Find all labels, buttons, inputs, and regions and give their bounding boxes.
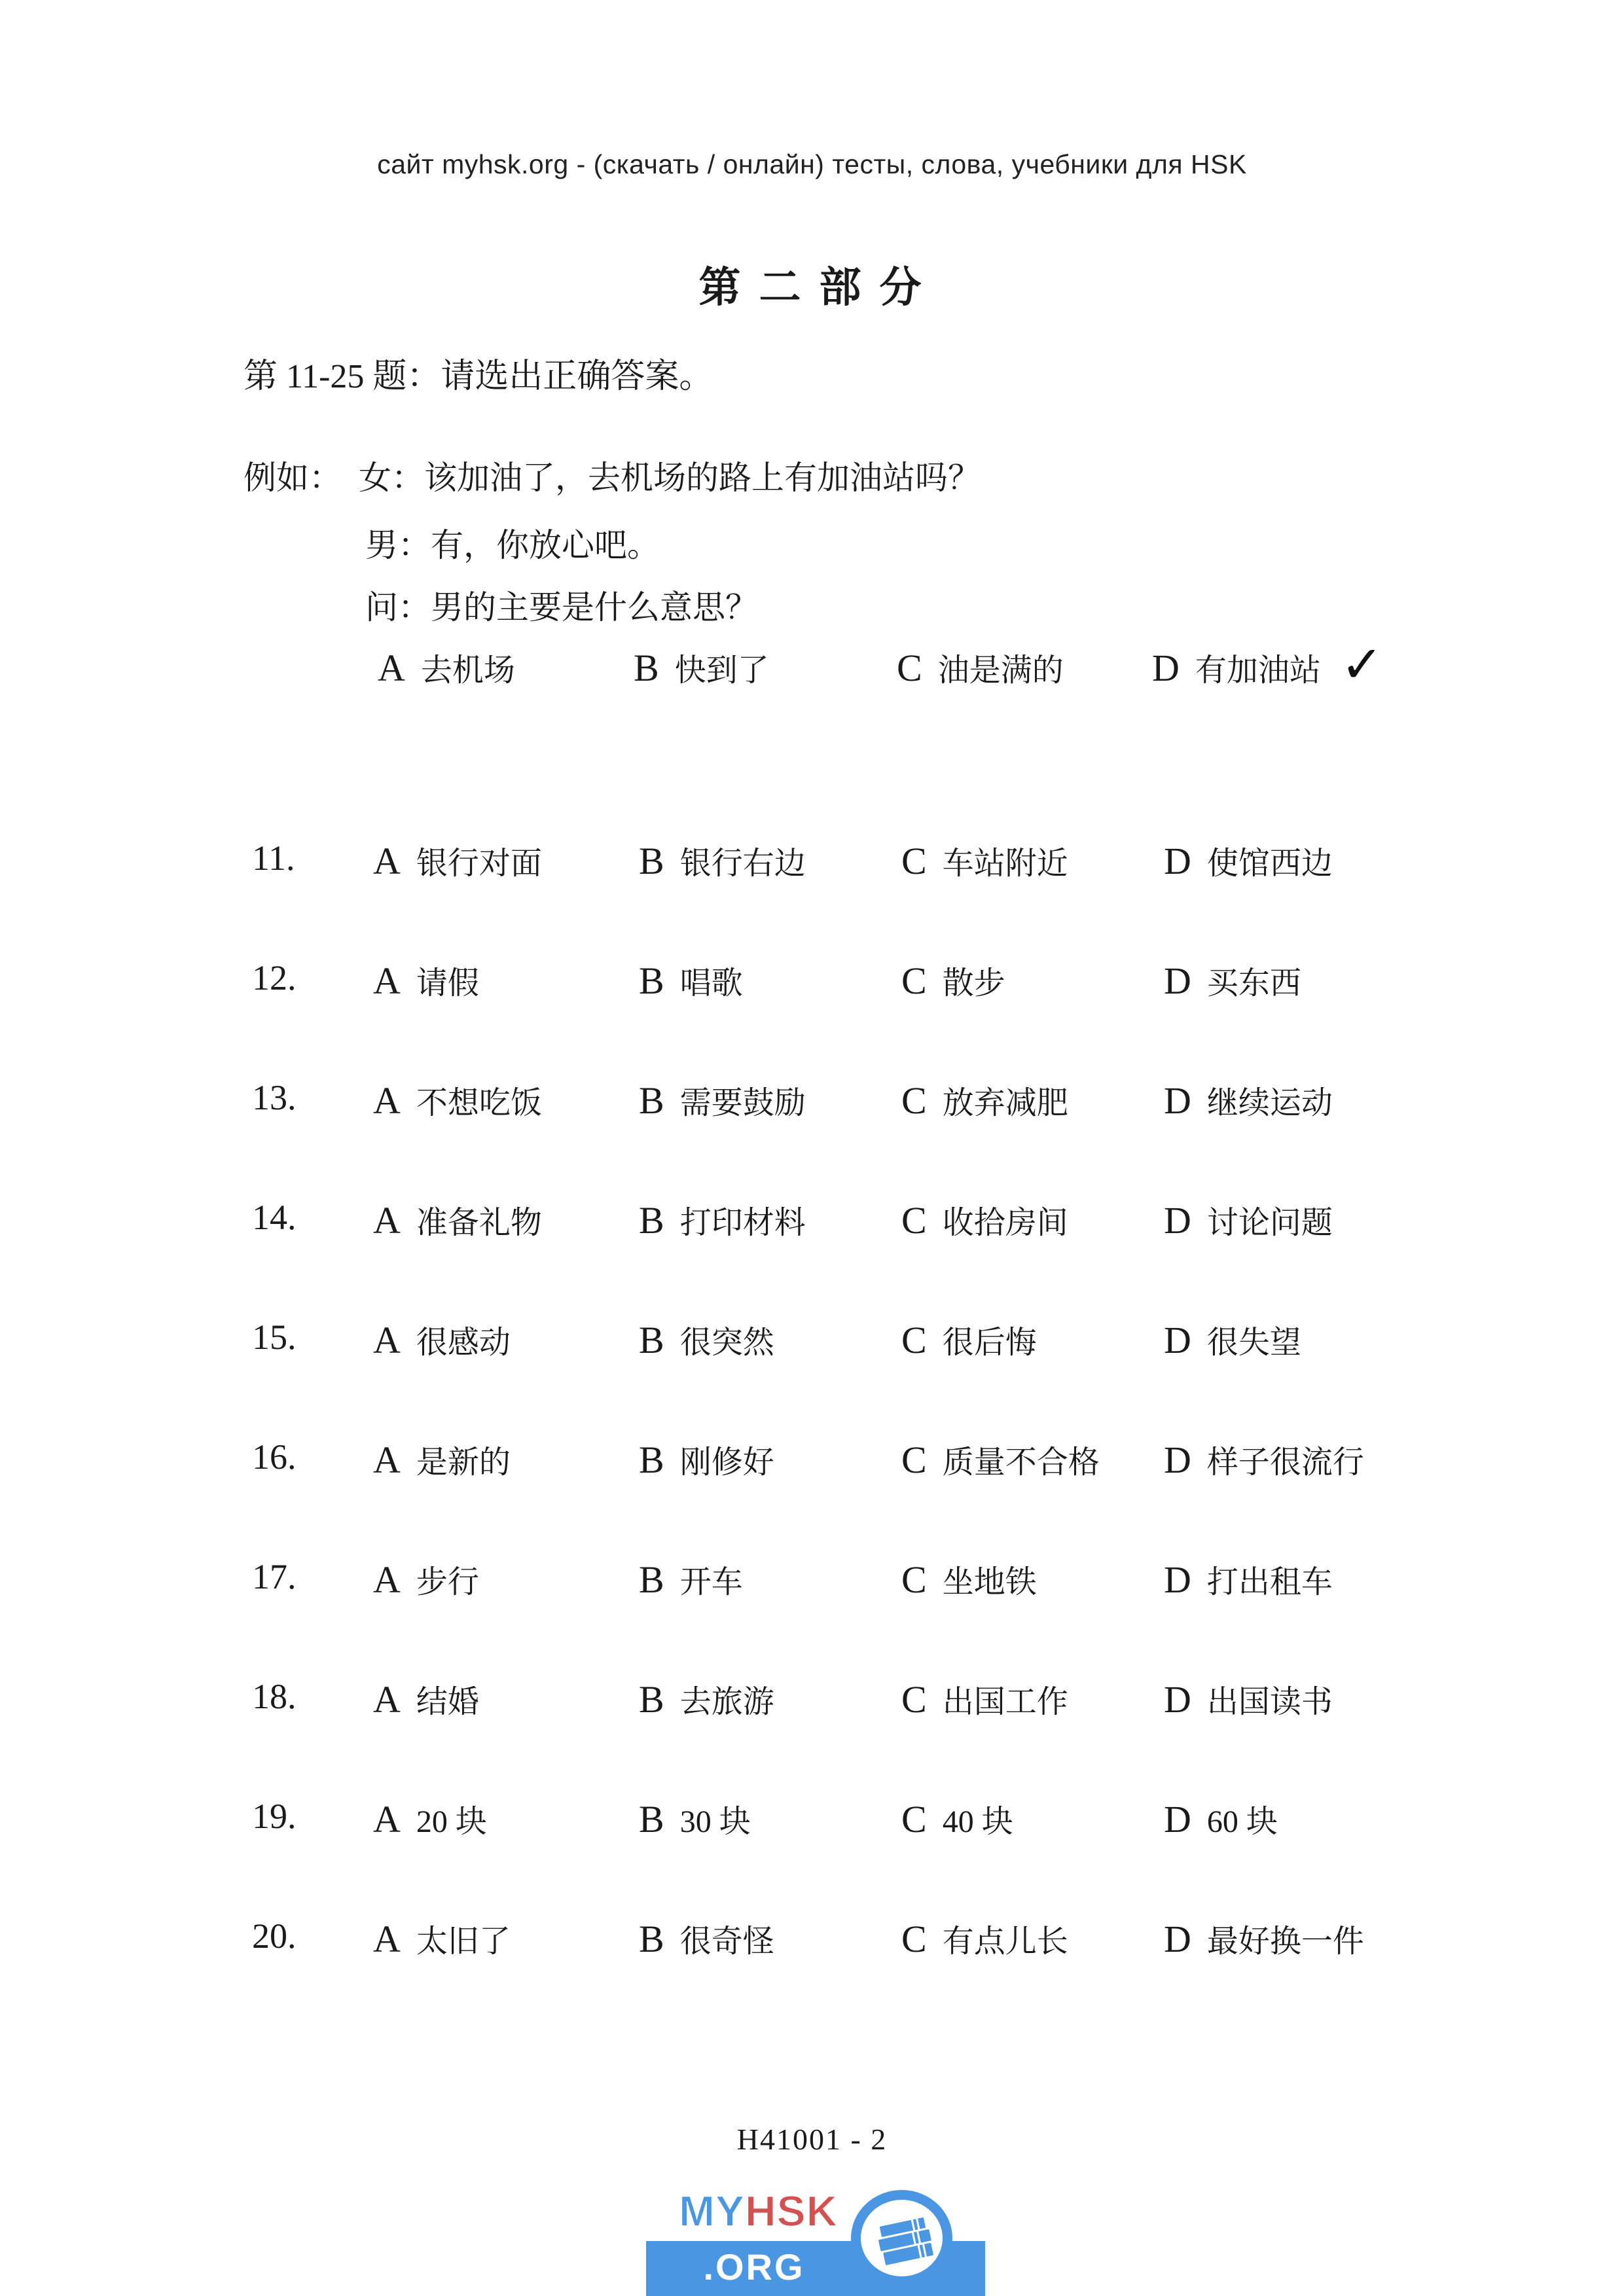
option-text: 步行 xyxy=(416,1565,479,1600)
option-c: C有点儿长 xyxy=(901,1916,1068,1961)
option-text: 质量不合格 xyxy=(943,1445,1100,1480)
option-b: B需要鼓励 xyxy=(639,1077,806,1122)
option-text: 很突然 xyxy=(680,1325,774,1360)
option-text: 去旅游 xyxy=(680,1685,774,1719)
example-option-b: B快到了 xyxy=(634,645,769,690)
option-d: D继续运动 xyxy=(1164,1077,1333,1122)
option-letter: B xyxy=(639,1439,664,1481)
option-letter: A xyxy=(373,840,401,882)
books-icon xyxy=(851,2190,952,2286)
option-letter: B xyxy=(639,1798,664,1840)
question-row: 12.A请假B唱歌C散步D买东西 xyxy=(0,958,1624,1010)
example-option-c: C油是满的 xyxy=(897,645,1064,690)
option-letter: A xyxy=(373,1798,401,1840)
question-row: 20.A太旧了B很奇怪C有点儿长D最好换一件 xyxy=(0,1916,1624,1968)
option-a: A很感动 xyxy=(373,1317,511,1362)
option-b: B很奇怪 xyxy=(639,1916,774,1961)
option-text: 不想吃饭 xyxy=(416,1086,542,1121)
option-b: B打印材料 xyxy=(639,1197,806,1242)
option-c: C散步 xyxy=(901,958,1005,1003)
option-text: 需要鼓励 xyxy=(680,1086,806,1121)
question-row: 13.A不想吃饭B需要鼓励C放弃减肥D继续运动 xyxy=(0,1077,1624,1130)
option-letter: D xyxy=(1164,1918,1191,1960)
option-text: 很感动 xyxy=(416,1325,511,1360)
option-letter: D xyxy=(1164,1439,1191,1481)
option-d: D买东西 xyxy=(1164,958,1301,1003)
option-c: C坐地铁 xyxy=(901,1556,1037,1602)
option-c: C收拾房间 xyxy=(901,1197,1068,1242)
option-letter: D xyxy=(1164,1199,1191,1242)
option-text: 样子很流行 xyxy=(1207,1445,1364,1480)
option-d: D使馆西边 xyxy=(1164,838,1333,883)
option-b: B唱歌 xyxy=(639,958,743,1003)
option-c: C出国工作 xyxy=(901,1676,1068,1721)
option-text: 讨论问题 xyxy=(1207,1206,1333,1240)
option-letter: B xyxy=(639,1558,664,1601)
option-c: C车站附近 xyxy=(901,838,1068,883)
question-row: 19.A20 块B30 块C40 块D60 块 xyxy=(0,1796,1624,1848)
example-options-row: A去机场 B快到了 C油是满的 D有加油站 ✓ xyxy=(0,645,1624,697)
option-letter: B xyxy=(639,1918,664,1960)
option-letter: C xyxy=(901,960,927,1002)
option-letter: D xyxy=(1164,1079,1191,1122)
question-number: 11. xyxy=(252,838,295,878)
option-letter: D xyxy=(1164,960,1191,1002)
option-a: A是新的 xyxy=(373,1437,511,1482)
option-letter: B xyxy=(639,1678,664,1721)
option-text: 刚修好 xyxy=(680,1445,774,1480)
option-letter: A xyxy=(373,1079,401,1122)
option-text: 散步 xyxy=(943,966,1005,1001)
option-letter: A xyxy=(373,1199,401,1242)
option-letter: C xyxy=(901,1678,927,1721)
option-text: 使馆西边 xyxy=(1207,846,1333,881)
option-d: D出国读书 xyxy=(1164,1676,1333,1721)
option-text: 很失望 xyxy=(1207,1325,1301,1360)
question-row: 15.A很感动B很突然C很后悔D很失望 xyxy=(0,1317,1624,1369)
option-text: 打印材料 xyxy=(680,1206,806,1240)
option-c: C质量不合格 xyxy=(901,1437,1100,1482)
option-text: 准备礼物 xyxy=(416,1206,542,1240)
option-letter: C xyxy=(897,647,922,689)
option-d: D60 块 xyxy=(1164,1796,1278,1841)
option-letter: D xyxy=(1164,1678,1191,1721)
option-a: A20 块 xyxy=(373,1796,487,1841)
option-text: 出国工作 xyxy=(943,1685,1068,1719)
test-page: сайт myhsk.org - (скачать / онлайн) тест… xyxy=(0,0,1624,2296)
option-letter: A xyxy=(373,1678,401,1721)
question-number: 12. xyxy=(252,958,297,998)
option-letter: D xyxy=(1164,1558,1191,1601)
option-text: 很后悔 xyxy=(943,1325,1037,1360)
option-text: 去机场 xyxy=(421,653,515,688)
option-a: A结婚 xyxy=(373,1676,479,1721)
option-text: 结婚 xyxy=(416,1685,479,1719)
option-letter: A xyxy=(373,1918,401,1960)
dialog-text: 男的主要是什么意思？ xyxy=(431,589,758,626)
example-dialog-line: 问：男的主要是什么意思？ xyxy=(365,581,758,628)
option-text: 银行对面 xyxy=(416,846,542,881)
option-text: 30 块 xyxy=(680,1804,751,1839)
example-option-a: A去机场 xyxy=(378,645,515,690)
logo-wordmark: MYHSK xyxy=(679,2186,838,2236)
option-text: 车站附近 xyxy=(943,846,1068,881)
option-text: 20 块 xyxy=(416,1804,487,1839)
option-text: 出国读书 xyxy=(1207,1685,1333,1719)
option-d: D最好换一件 xyxy=(1164,1916,1364,1961)
option-letter: D xyxy=(1164,1319,1191,1361)
option-b: B去旅游 xyxy=(639,1676,774,1721)
option-letter: B xyxy=(634,647,659,689)
option-letter: C xyxy=(901,1798,927,1840)
option-b: B很突然 xyxy=(639,1317,774,1362)
option-letter: B xyxy=(639,960,664,1002)
dialog-speaker: 男： xyxy=(365,527,431,564)
option-letter: C xyxy=(901,840,927,882)
dialog-speaker: 女： xyxy=(359,459,424,496)
example-label: 例如： xyxy=(244,459,342,496)
site-header-text: сайт myhsk.org - (скачать / онлайн) тест… xyxy=(0,149,1624,180)
example-option-d: D有加油站 xyxy=(1152,645,1321,690)
option-text: 开车 xyxy=(680,1565,743,1600)
question-number: 19. xyxy=(252,1796,297,1837)
question-number: 20. xyxy=(252,1916,297,1956)
option-letter: A xyxy=(373,1319,401,1361)
example-dialog-line: 例如：女：该加油了，去机场的路上有加油站吗？ xyxy=(244,452,981,499)
option-text: 太旧了 xyxy=(416,1924,511,1959)
question-row: 17.A步行B开车C坐地铁D打出租车 xyxy=(0,1556,1624,1609)
option-a: A太旧了 xyxy=(373,1916,511,1961)
question-number: 14. xyxy=(252,1197,297,1238)
option-text: 唱歌 xyxy=(680,966,743,1001)
logo-my-text: MY xyxy=(679,2187,745,2235)
option-text: 收拾房间 xyxy=(943,1206,1068,1240)
option-letter: C xyxy=(901,1079,927,1122)
option-c: C放弃减肥 xyxy=(901,1077,1068,1122)
correct-answer-checkmark-icon: ✓ xyxy=(1341,636,1383,694)
option-text: 快到了 xyxy=(675,653,769,688)
option-letter: C xyxy=(901,1439,927,1481)
option-d: D打出租车 xyxy=(1164,1556,1333,1602)
part-title: 第 二 部 分 xyxy=(0,254,1624,314)
option-text: 买东西 xyxy=(1207,966,1301,1001)
question-row: 11.A银行对面B银行右边C车站附近D使馆西边 xyxy=(0,838,1624,890)
option-letter: D xyxy=(1164,1798,1191,1840)
option-text: 打出租车 xyxy=(1207,1565,1333,1600)
option-letter: C xyxy=(901,1319,927,1361)
option-letter: C xyxy=(901,1199,927,1242)
option-d: D样子很流行 xyxy=(1164,1437,1364,1482)
option-b: B30 块 xyxy=(639,1796,751,1841)
dialog-speaker: 问： xyxy=(365,589,431,626)
option-a: A步行 xyxy=(373,1556,479,1602)
option-text: 是新的 xyxy=(416,1445,511,1480)
option-a: A准备礼物 xyxy=(373,1197,542,1242)
question-number: 15. xyxy=(252,1317,297,1357)
dialog-text: 有，你放心吧。 xyxy=(431,527,660,564)
option-a: A不想吃饭 xyxy=(373,1077,542,1122)
option-b: B开车 xyxy=(639,1556,743,1602)
option-b: B银行右边 xyxy=(639,838,806,883)
question-row: 18.A结婚B去旅游C出国工作D出国读书 xyxy=(0,1676,1624,1729)
option-text: 放弃减肥 xyxy=(943,1086,1068,1121)
option-d: D讨论问题 xyxy=(1164,1197,1333,1242)
option-letter: D xyxy=(1152,647,1180,689)
option-text: 坐地铁 xyxy=(943,1565,1037,1600)
option-letter: C xyxy=(901,1558,927,1601)
question-number: 16. xyxy=(252,1437,297,1477)
option-text: 请假 xyxy=(416,966,479,1001)
option-letter: B xyxy=(639,840,664,882)
option-b: B刚修好 xyxy=(639,1437,774,1482)
option-text: 有点儿长 xyxy=(943,1924,1068,1959)
option-d: D很失望 xyxy=(1164,1317,1301,1362)
option-text: 银行右边 xyxy=(680,846,806,881)
option-c: C40 块 xyxy=(901,1796,1013,1841)
logo-hsk-text: HSK xyxy=(745,2187,838,2235)
question-number: 18. xyxy=(252,1676,297,1717)
option-letter: A xyxy=(373,1439,401,1481)
option-text: 最好换一件 xyxy=(1207,1924,1364,1959)
question-number: 17. xyxy=(252,1556,297,1597)
question-number: 13. xyxy=(252,1077,297,1118)
option-text: 60 块 xyxy=(1207,1804,1278,1839)
option-text: 40 块 xyxy=(943,1804,1013,1839)
question-row: 14.A准备礼物B打印材料C收拾房间D讨论问题 xyxy=(0,1197,1624,1249)
example-dialog-line: 男：有，你放心吧。 xyxy=(365,519,660,566)
option-letter: A xyxy=(373,960,401,1002)
page-code: H41001 - 2 xyxy=(0,2122,1624,2157)
option-letter: A xyxy=(373,1558,401,1601)
option-text: 继续运动 xyxy=(1207,1086,1333,1121)
option-a: A请假 xyxy=(373,958,479,1003)
option-letter: B xyxy=(639,1199,664,1242)
option-letter: A xyxy=(378,647,405,689)
option-text: 有加油站 xyxy=(1195,653,1321,688)
option-letter: C xyxy=(901,1918,927,1960)
logo-org-text: .ORG xyxy=(646,2241,862,2296)
option-letter: D xyxy=(1164,840,1191,882)
option-text: 油是满的 xyxy=(938,653,1064,688)
question-row: 16.A是新的B刚修好C质量不合格D样子很流行 xyxy=(0,1437,1624,1489)
instruction-text: 第 11-25 题：请选出正确答案。 xyxy=(244,348,713,397)
myhsk-logo: MYHSK .ORG xyxy=(646,2185,985,2296)
option-letter: B xyxy=(639,1319,664,1361)
option-letter: B xyxy=(639,1079,664,1122)
option-c: C很后悔 xyxy=(901,1317,1037,1362)
option-a: A银行对面 xyxy=(373,838,542,883)
dialog-text: 该加油了，去机场的路上有加油站吗？ xyxy=(424,459,981,496)
option-text: 很奇怪 xyxy=(680,1924,774,1959)
